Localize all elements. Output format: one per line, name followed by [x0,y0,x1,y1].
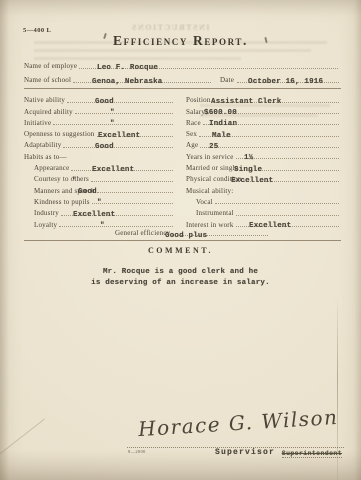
dotted-leader [67,93,173,103]
dotted-leader [63,138,173,148]
field-row-openness: Openness to suggestionExcellent [24,127,174,138]
paper-crease [337,295,338,480]
dotted-leader [200,138,339,148]
field-row-race: RaceIndian [186,116,340,127]
dotted-leader [236,206,339,216]
field-row-musical-ability-heading: Musical ability: [186,183,340,194]
field-row-habits-heading: Habits as to— [24,149,174,160]
field-row-position: PositionAssistant Clerk [186,93,340,104]
field-label: Habits as to— [24,153,67,161]
dotted-leader [92,195,173,205]
field-label: General efficiency [115,229,170,237]
dotted-leader [75,104,173,114]
field-label: Vocal [186,198,213,206]
form-title: Efficiency Report. [0,33,361,49]
comment-line: is deserving of an increase in salary. [30,278,331,289]
school-date-row: Name of school Date Genoa, Nebraska Octo… [24,70,339,84]
field-label: Salary [186,108,205,116]
field-label: Race [186,119,201,127]
supervisor-signature: Horace G. Wilson [137,405,339,441]
comment-body: Mr. Rocque is a good clerk and he is des… [30,267,331,288]
school-value: Genoa, Nebraska [92,78,163,86]
leader-spacer [235,183,339,193]
field-label: Sex [186,130,197,138]
field-label: Married or single [186,164,238,172]
employe-label: Name of employe [24,62,77,70]
ratings-section: Native abilityGood Acquired ability" Ini… [24,93,340,229]
date-value: October 16, 1916 [248,78,323,86]
ratings-left-column: Native abilityGood Acquired ability" Ini… [24,93,174,229]
bleedthrough-text-line [34,49,311,52]
field-row-instrumental: Instrumental [186,206,340,217]
bleedthrough-instructions-heading: INSTRUCTIONS [95,23,245,32]
field-row-industry: IndustryExcellent [24,206,174,217]
divider-line [24,88,341,89]
field-row-initiative: Initiative" [24,116,174,127]
employe-row: Name of employe Leo F. Rocque [24,56,339,70]
field-row-appearance: AppearanceExcellent [24,161,174,172]
field-label: Musical ability: [186,187,233,195]
field-value: Good plus [165,232,207,240]
field-label: Adaptability [24,141,61,149]
comment-heading: COMMENT. [0,246,361,255]
field-label: Initiative [24,119,51,127]
field-label: Acquired ability [24,108,73,116]
signer-role: Supervisor [215,448,275,457]
paper-crease [0,419,45,463]
field-label: Position [186,96,211,104]
field-row-native-ability: Native abilityGood [24,93,174,104]
field-label: Industry [24,209,59,217]
comment-line: Mr. Rocque is a good clerk and he [30,267,331,278]
field-row-manners: Manners and speechGood [24,183,174,194]
leader-spacer [69,149,173,159]
field-label: Kindness to pupils [24,198,90,206]
field-row-general-efficiency: General efficiency Good plus [24,226,340,237]
field-row-salary: Salary$600.00 [186,104,340,115]
field-row-physical-condition: Physical conditionExcellent [186,172,340,183]
field-row-kindness: Kindness to pupils" [24,195,174,206]
field-row-vocal: Vocal [186,195,340,206]
struck-out-role: Superintendent [282,450,342,458]
field-label: Age [186,141,198,149]
field-label: Courtesy to others [24,175,89,183]
signature-line-print-code: 8—2000 [128,449,146,454]
field-label: Years in service [186,153,234,161]
efficiency-report-form: INSTRUCTIONS 5—400 L Efficiency Report. … [0,0,361,480]
field-row-courtesy: Courtesy to others" [24,172,174,183]
field-row-age: Age25 [186,138,340,149]
field-label: Native ability [24,96,65,104]
field-row-years-in-service: Years in service1½ [186,149,340,160]
field-row-sex: SexMale [186,127,340,138]
field-row-married-or-single: Married or singleSingle [186,161,340,172]
school-label: Name of school [24,76,71,84]
dotted-leader [91,172,173,182]
divider-line [24,240,341,241]
field-row-adaptability: AdaptabilityGood [24,138,174,149]
field-label: Instrumental [186,209,234,217]
date-label: Date [220,76,234,84]
field-row-acquired-ability: Acquired ability" [24,104,174,115]
field-label: Openness to suggestion [24,130,95,138]
dotted-leader [215,195,339,205]
field-label: Appearance [24,164,69,172]
ratings-right-column: PositionAssistant Clerk Salary$600.00 Ra… [186,93,340,229]
dotted-leader [97,183,173,193]
